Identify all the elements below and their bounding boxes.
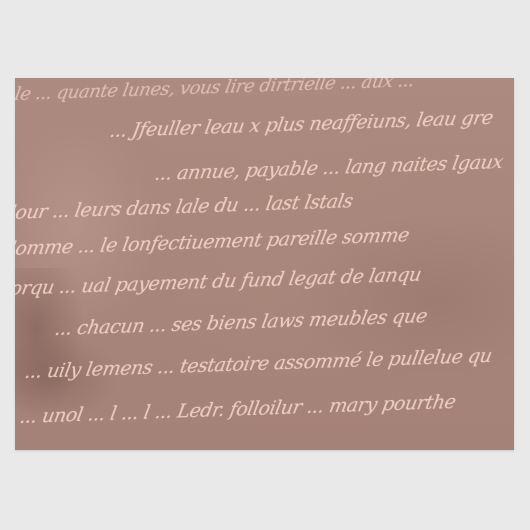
vintage-script-paper-card: le ... quante lunes, vous lire dirtriell… [15, 78, 514, 450]
script-line: ... annue, payable ... lang naites lgaux [153, 151, 505, 185]
script-line: ... Jfeuller leau x plus neaffeiuns, lea… [108, 107, 495, 142]
script-line: lour ... leurs dans lale du ... last lst… [15, 190, 355, 224]
script-line: ... chacun ... ses biens laws meubles qu… [53, 305, 429, 340]
script-line: lomme ... le lonfectiuement pareille som… [15, 224, 411, 260]
script-line: le ... quante lunes, vous lire dirtriell… [15, 78, 416, 105]
script-line: ... uily lemens ... testatoire assommé l… [23, 345, 493, 383]
